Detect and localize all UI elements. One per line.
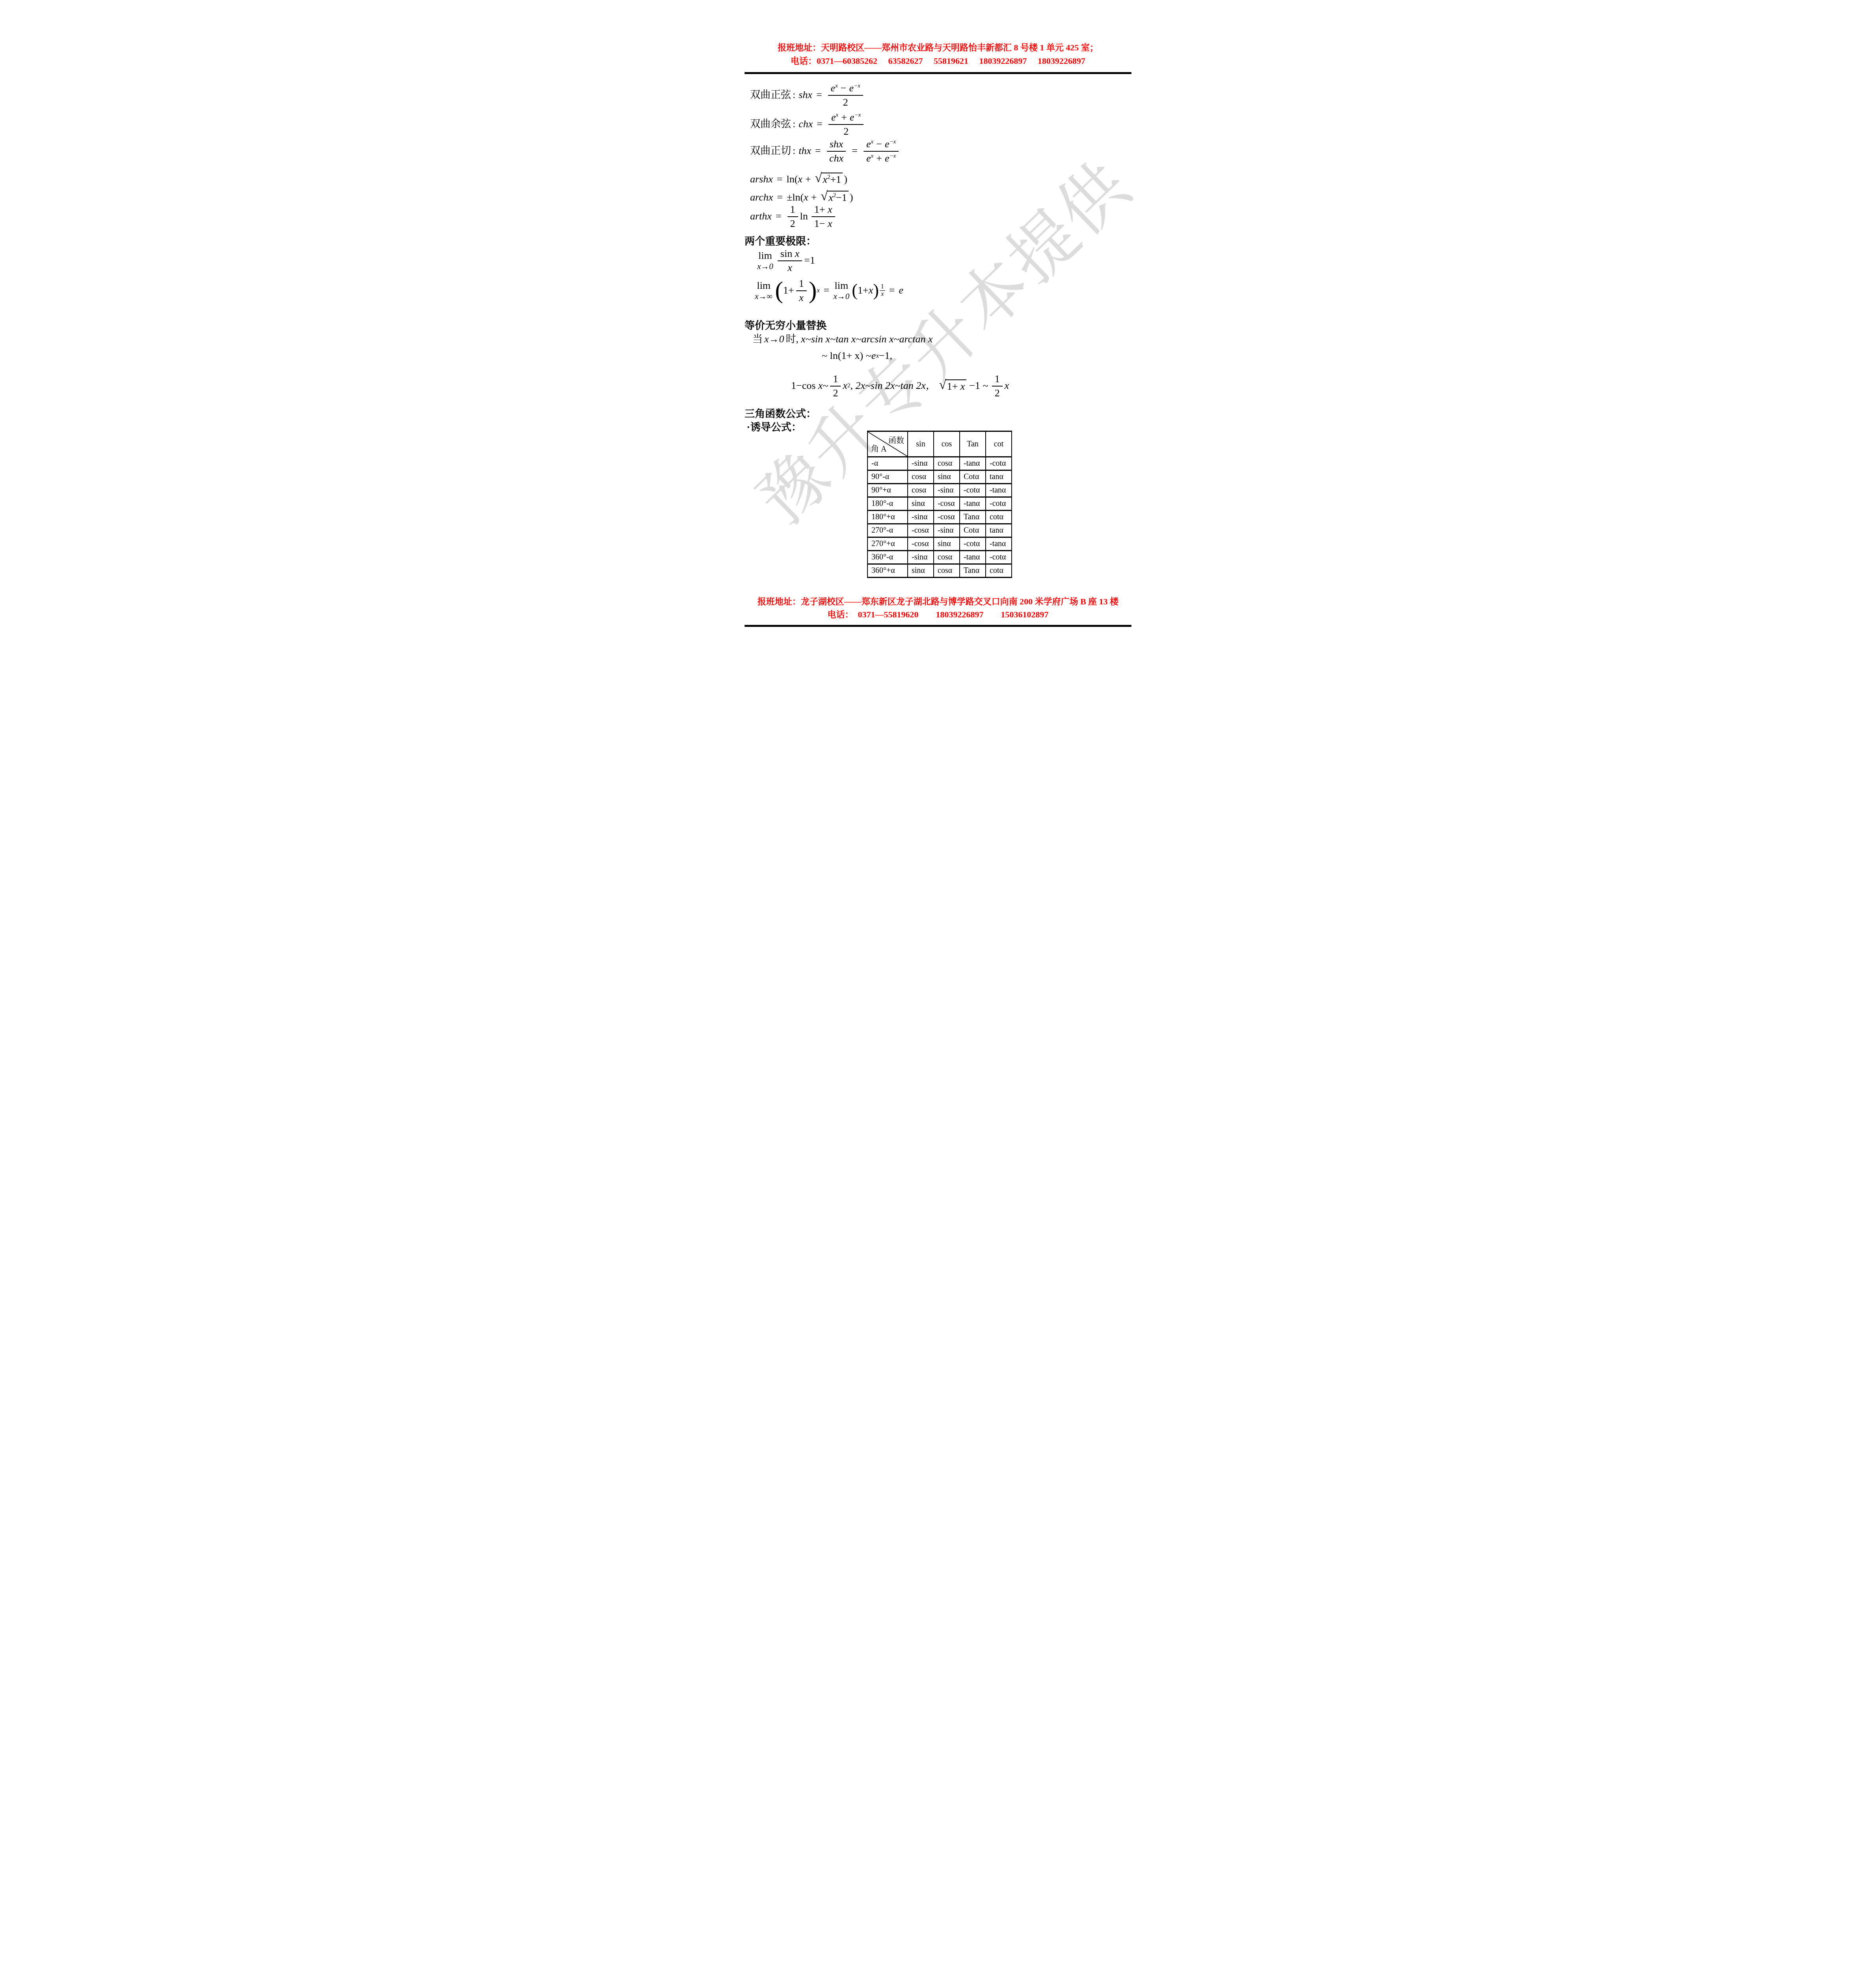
fraction-denominator: 1− x (812, 217, 835, 229)
heading-induction-formulas: ·诱导公式： (747, 419, 802, 434)
angle-cell: 270°-α (867, 524, 908, 537)
formula-hyperbolic-tangent: 双曲正切:thx= shx chx = ex−e−x ex+e−x (750, 138, 901, 164)
cos-cell: sinα (934, 470, 960, 484)
num-pre: 1+ (814, 204, 825, 215)
var-x: x (881, 291, 884, 297)
cos-cell: -sinα (934, 484, 960, 497)
formula-label: 双曲正切 (750, 145, 791, 157)
exponent-minus-x: −x (889, 153, 896, 159)
cot-cell: tanα (986, 524, 1012, 537)
cos-cell: -cosα (934, 497, 960, 511)
tan-cell: -tanα (960, 497, 986, 511)
equals-one: =1 (804, 255, 815, 266)
close-paren: ) (844, 173, 847, 185)
formula-arsh: arshx=ln(x+ √x2+1 ) (750, 173, 847, 186)
cot-cell: -tanα (986, 537, 1012, 551)
rad-pre: 1+ (947, 381, 958, 392)
var-x: x (799, 292, 804, 303)
exponent: −x (889, 153, 896, 159)
equivalence-line-2: ~ ln(1+ x) ~ ex−1, (822, 350, 892, 362)
sin-cell: cosα (908, 470, 934, 484)
e-base: e (871, 350, 876, 362)
footer-address-line: 报班地址：龙子湖校区——郑东新区龙子湖北路与博学路交叉口向南 200 米学府广场… (704, 595, 1172, 608)
var-x: x (795, 248, 800, 259)
table-row: 180°+α -sinα -cosα Tanα cotα (867, 511, 1012, 524)
square-root: √1+ x (939, 379, 967, 392)
equals-sign: = (817, 118, 823, 130)
plus-minus-sign: ± (787, 191, 792, 203)
tilde: ~ (823, 380, 828, 392)
one-plus: 1+ (783, 284, 794, 296)
induction-formula-table: 函数 角 A sin cos Tan cot -α -sinα cosα -ta… (867, 431, 1012, 578)
fraction-1-x: 1 x (796, 277, 807, 303)
exponent: x (871, 139, 874, 145)
e-base: e (831, 82, 836, 94)
cos-cell: -sinα (934, 524, 960, 537)
fraction-denominator: 2 (828, 96, 863, 108)
table-row: 90°-α cosα sinα Cotα tanα (867, 470, 1012, 484)
equals-sign: = (889, 284, 895, 296)
fraction-denominator: 2 (830, 387, 841, 399)
table-corner-cell: 函数 角 A (867, 431, 908, 457)
e-base: e (866, 138, 871, 150)
tan-cell: Tanα (960, 564, 986, 578)
sin-cell: -sinα (908, 511, 934, 524)
plus-op: + (805, 173, 811, 185)
x-to-0: x→0 (757, 262, 773, 271)
lim-under: x→0 (834, 292, 850, 301)
ln-operator: ln (800, 210, 808, 222)
exponent-x: x (835, 83, 838, 89)
formula-label: 双曲正弦 (750, 89, 791, 101)
formula-arth: arthx= 1 2 ln 1+ x 1− x (750, 203, 837, 229)
document-page: 豫升专升本提供 报班地址：天明路校区——郑州市农业路与天明路怡丰新都汇 8 号楼… (704, 0, 1172, 663)
heading-equivalent-infinitesimal: 等价无穷小量替换 (745, 318, 827, 332)
sin-op: sin (780, 248, 792, 259)
radicand: 1+ x (945, 379, 967, 392)
top-divider-rule (745, 72, 1131, 74)
exponent: −x (854, 83, 860, 89)
function-name: thx (799, 145, 811, 157)
angle-cell: 90°+α (867, 484, 908, 497)
exponent-one-over-x: 1 x (880, 284, 885, 297)
limit-operator: lim x→0 (757, 251, 773, 271)
fraction-denominator: chx (827, 152, 846, 164)
plus-op: + (841, 112, 847, 123)
table-row: 270°+α -cosα sinα -cotα -tanα (867, 537, 1012, 551)
fraction-numerator: 1 (992, 373, 1003, 387)
exponent-numerator: 1 (880, 284, 885, 291)
e-base: e (885, 152, 890, 164)
cos-cell: sinα (934, 537, 960, 551)
cos-cell: -cosα (934, 511, 960, 524)
limit-operator: lim x→∞ (755, 281, 773, 301)
heading-important-limits: 两个重要极限： (745, 233, 816, 248)
equivalence-line-3: 1−cos x~ 1 2 x2, 2x~sin 2x~tan 2x， √1+ x… (791, 373, 1009, 399)
exponent-x: x (836, 112, 839, 118)
cos-cell: cosα (934, 551, 960, 564)
equals-sign: = (815, 145, 821, 157)
header: 报班地址：天明路校区——郑州市农业路与天明路怡丰新都汇 8 号楼 1 单元 42… (704, 41, 1172, 68)
formula-important-limit-2: lim x→∞ ( 1+ 1 x ) x = lim x→0 ( 1+x ) 1… (755, 277, 903, 303)
footer-phone-line: 电话： 0371—55819620 18039226897 1503610289… (704, 608, 1172, 621)
exponent-minus-x: −x (854, 83, 860, 89)
x-to-0: x→0 (764, 333, 784, 345)
var-x: x (788, 262, 792, 273)
var-x: x (817, 286, 820, 294)
when-label: 当 (752, 333, 763, 345)
table-row: -α -sinα cosα -tanα -cotα (867, 457, 1012, 470)
plus-op: + (876, 152, 882, 164)
function-name: shx (799, 89, 812, 101)
x-to-infinity: x→∞ (755, 292, 773, 301)
formula-important-limit-1: lim x→0 sin x x =1 (757, 247, 815, 273)
equals-sign: = (776, 210, 782, 222)
exponent: −x (889, 139, 896, 145)
cot-cell: cotα (986, 511, 1012, 524)
fraction-one-half: 1 2 (788, 203, 798, 229)
den-pre: 1− (814, 218, 825, 229)
limit-operator: lim x→0 (834, 281, 850, 301)
corner-label-function: 函数 (888, 434, 904, 446)
exponent-minus-x: −x (889, 139, 896, 145)
fraction-sinx-x: sin x x (778, 247, 802, 273)
cos-cell: cosα (934, 457, 960, 470)
colon: : (793, 89, 795, 101)
equals-sign: = (777, 191, 783, 203)
sin-cell: -sinα (908, 457, 934, 470)
when-suffix: 时, (786, 333, 799, 345)
sin-cell: sinα (908, 497, 934, 511)
cot-cell: -cotα (986, 497, 1012, 511)
tan-cell: -cotα (960, 484, 986, 497)
equals-sign: = (816, 89, 822, 101)
tan-cell: -tanα (960, 457, 986, 470)
fraction-denominator: x (796, 291, 807, 303)
chx: chx (829, 152, 843, 164)
fraction-numerator: 1 (830, 373, 841, 387)
angle-cell: 360°+α (867, 564, 908, 578)
angle-cell: 270°+α (867, 537, 908, 551)
header-address-line: 报班地址：天明路校区——郑州市农业路与天明路怡丰新都汇 8 号楼 1 单元 42… (704, 41, 1172, 54)
formula-arch: archx=±ln(x+ √x2−1 ) (750, 191, 853, 204)
fraction-shx-chx: shx chx (827, 138, 846, 164)
fraction-denominator: ex+e−x (864, 152, 899, 164)
angle-cell: 180°+α (867, 511, 908, 524)
var-x: x (843, 380, 847, 392)
lim-word: lim (757, 251, 773, 261)
angle-cell: -α (867, 457, 908, 470)
radicand: x2+1 (821, 173, 843, 186)
var-x: x (869, 284, 873, 296)
var-x: x (804, 191, 808, 203)
bottom-divider-rule (745, 625, 1131, 627)
sin-cell: cosα (908, 484, 934, 497)
sin-cell: -cosα (908, 537, 934, 551)
cot-cell: -cotα (986, 551, 1012, 564)
equivalence-chain: x~sin x~tan x~arcsin x~arctan x (801, 333, 932, 345)
cot-cell: -tanα (986, 484, 1012, 497)
minus-one-tilde: −1 ~ (969, 380, 988, 392)
cot-cell: tanα (986, 470, 1012, 484)
exponent: x (836, 112, 839, 118)
fraction-denominator: 2 (992, 387, 1003, 399)
sin-cell: -cosα (908, 524, 934, 537)
e-base: e (831, 112, 836, 123)
var-x: x (828, 204, 832, 215)
column-header-cos: cos (934, 431, 960, 457)
var-x: x (876, 352, 879, 359)
var-x: x (798, 173, 802, 185)
angle-cell: 90°-α (867, 470, 908, 484)
table-header-row: 函数 角 A sin cos Tan cot (867, 431, 1012, 457)
minus-op: − (876, 138, 882, 150)
exponent-x: x (871, 153, 874, 159)
var-x: x (828, 218, 832, 229)
formula-hyperbolic-cosine: 双曲余弦:chx= ex+e−x 2 (750, 111, 866, 137)
fraction-numerator: shx (827, 138, 846, 152)
cot-cell: -cotα (986, 457, 1012, 470)
cos-cell: cosα (934, 564, 960, 578)
shx: shx (830, 138, 843, 150)
exponent-x: x (871, 139, 874, 145)
lim-under: x→∞ (755, 292, 773, 301)
table-row: 360°+α sinα cosα Tanα cotα (867, 564, 1012, 578)
fraction-denominator: x (778, 261, 802, 273)
var-x: x (823, 174, 827, 185)
function-name: chx (799, 118, 813, 130)
exponent: x (871, 153, 874, 159)
exponent-minus-x: −x (854, 112, 861, 118)
corner-label-angle: 角 A (871, 442, 886, 454)
lim-under: x→0 (757, 262, 773, 271)
fraction-one-half: 1 2 (830, 373, 841, 399)
equivalence-line-1: 当x→0时,x~sin x~tan x~arcsin x~arctan x (752, 333, 933, 345)
x-to-0: x→0 (834, 292, 850, 301)
table-row: 90°+α cosα -sinα -cotα -tanα (867, 484, 1012, 497)
var-x: x (1005, 380, 1009, 392)
heading-trig-formulas: 三角函数公式： (745, 406, 816, 420)
exponent: x (835, 83, 838, 89)
ln-open: ln( (786, 173, 798, 185)
fraction-one-half: 1 2 (992, 373, 1003, 399)
column-header-sin: sin (908, 431, 934, 457)
formula-hyperbolic-sine: 双曲正弦:shx= ex−e−x 2 (750, 82, 865, 108)
plus-op: + (811, 191, 817, 203)
formula-label: 双曲余弦 (750, 118, 791, 130)
square-root: √x2−1 (821, 191, 849, 204)
e-base: e (866, 152, 871, 164)
chain-2x: , 2x~sin 2x~tan 2x， (851, 380, 936, 392)
exponent: −x (854, 112, 861, 118)
function-name: archx (750, 191, 773, 203)
fraction-numerator: 1 (796, 277, 807, 291)
column-header-cot: cot (986, 431, 1012, 457)
fraction-denominator: 2 (788, 217, 798, 229)
cot-cell: cotα (986, 564, 1012, 578)
euler-e: e (899, 284, 904, 296)
function-name: arthx (750, 210, 772, 222)
tan-cell: Cotα (960, 524, 986, 537)
footer: 报班地址：龙子湖校区——郑东新区龙子湖北路与博学路交叉口向南 200 米学府广场… (704, 595, 1172, 621)
column-header-tan: Tan (960, 431, 986, 457)
function-name: arshx (750, 173, 773, 185)
one-plus: 1+ (858, 284, 869, 296)
minus-op: − (841, 82, 847, 94)
radicand: x2−1 (827, 191, 849, 204)
angle-cell: 360°-α (867, 551, 908, 564)
e-base: e (885, 138, 890, 150)
fraction-numerator: ex−e−x (828, 82, 863, 96)
tan-cell: -cotα (960, 537, 986, 551)
e-base: e (849, 82, 854, 94)
close-paren: ) (850, 191, 853, 203)
square-root: √x2+1 (815, 173, 843, 186)
header-phone-line: 电话：0371—60385262 63582627 55819621 18039… (704, 54, 1172, 68)
ln-open: ln( (792, 191, 804, 203)
fraction-numerator: 1+ x (812, 203, 835, 217)
tan-cell: Cotα (960, 470, 986, 484)
var-x: x (828, 192, 833, 203)
tan-cell: Tanα (960, 511, 986, 524)
table-row: 180°-α sinα -cosα -tanα -cotα (867, 497, 1012, 511)
radicand-rest: +1 (830, 174, 841, 185)
chain-prefix: ~ ln(1+ x) ~ (822, 350, 871, 362)
minus-one-comma: −1, (879, 350, 892, 362)
one-minus-cos: 1−cos (791, 380, 815, 392)
fraction-numerator: ex+e−x (828, 111, 864, 125)
colon: : (793, 118, 795, 130)
angle-cell: 180°-α (867, 497, 908, 511)
tan-cell: -tanα (960, 551, 986, 564)
e-base: e (850, 112, 854, 123)
equals-sign: = (777, 173, 783, 185)
var-x: x (818, 380, 823, 392)
sin-cell: -sinα (908, 551, 934, 564)
fraction: ex−e−x 2 (828, 82, 863, 108)
exponent-denominator: x (880, 291, 885, 297)
equals-sign: = (852, 145, 858, 157)
fraction-exponential: ex−e−x ex+e−x (864, 138, 899, 164)
fraction-1px-1mx: 1+ x 1− x (812, 203, 835, 229)
lim-word: lim (755, 281, 773, 291)
fraction-denominator: 2 (828, 125, 864, 137)
radicand-rest: −1 (836, 192, 847, 203)
sin-cell: sinα (908, 564, 934, 578)
fraction-numerator: ex−e−x (864, 138, 899, 152)
colon: : (793, 145, 795, 157)
var-x: x (960, 381, 965, 392)
equals-sign: = (824, 284, 830, 296)
table-row: 360°-α -sinα cosα -tanα -cotα (867, 551, 1012, 564)
table-row: 270°-α -cosα -sinα Cotα tanα (867, 524, 1012, 537)
fraction-numerator: sin x (778, 247, 802, 261)
lim-word: lim (834, 281, 850, 291)
fraction: ex+e−x 2 (828, 111, 864, 137)
fraction-numerator: 1 (788, 203, 798, 217)
